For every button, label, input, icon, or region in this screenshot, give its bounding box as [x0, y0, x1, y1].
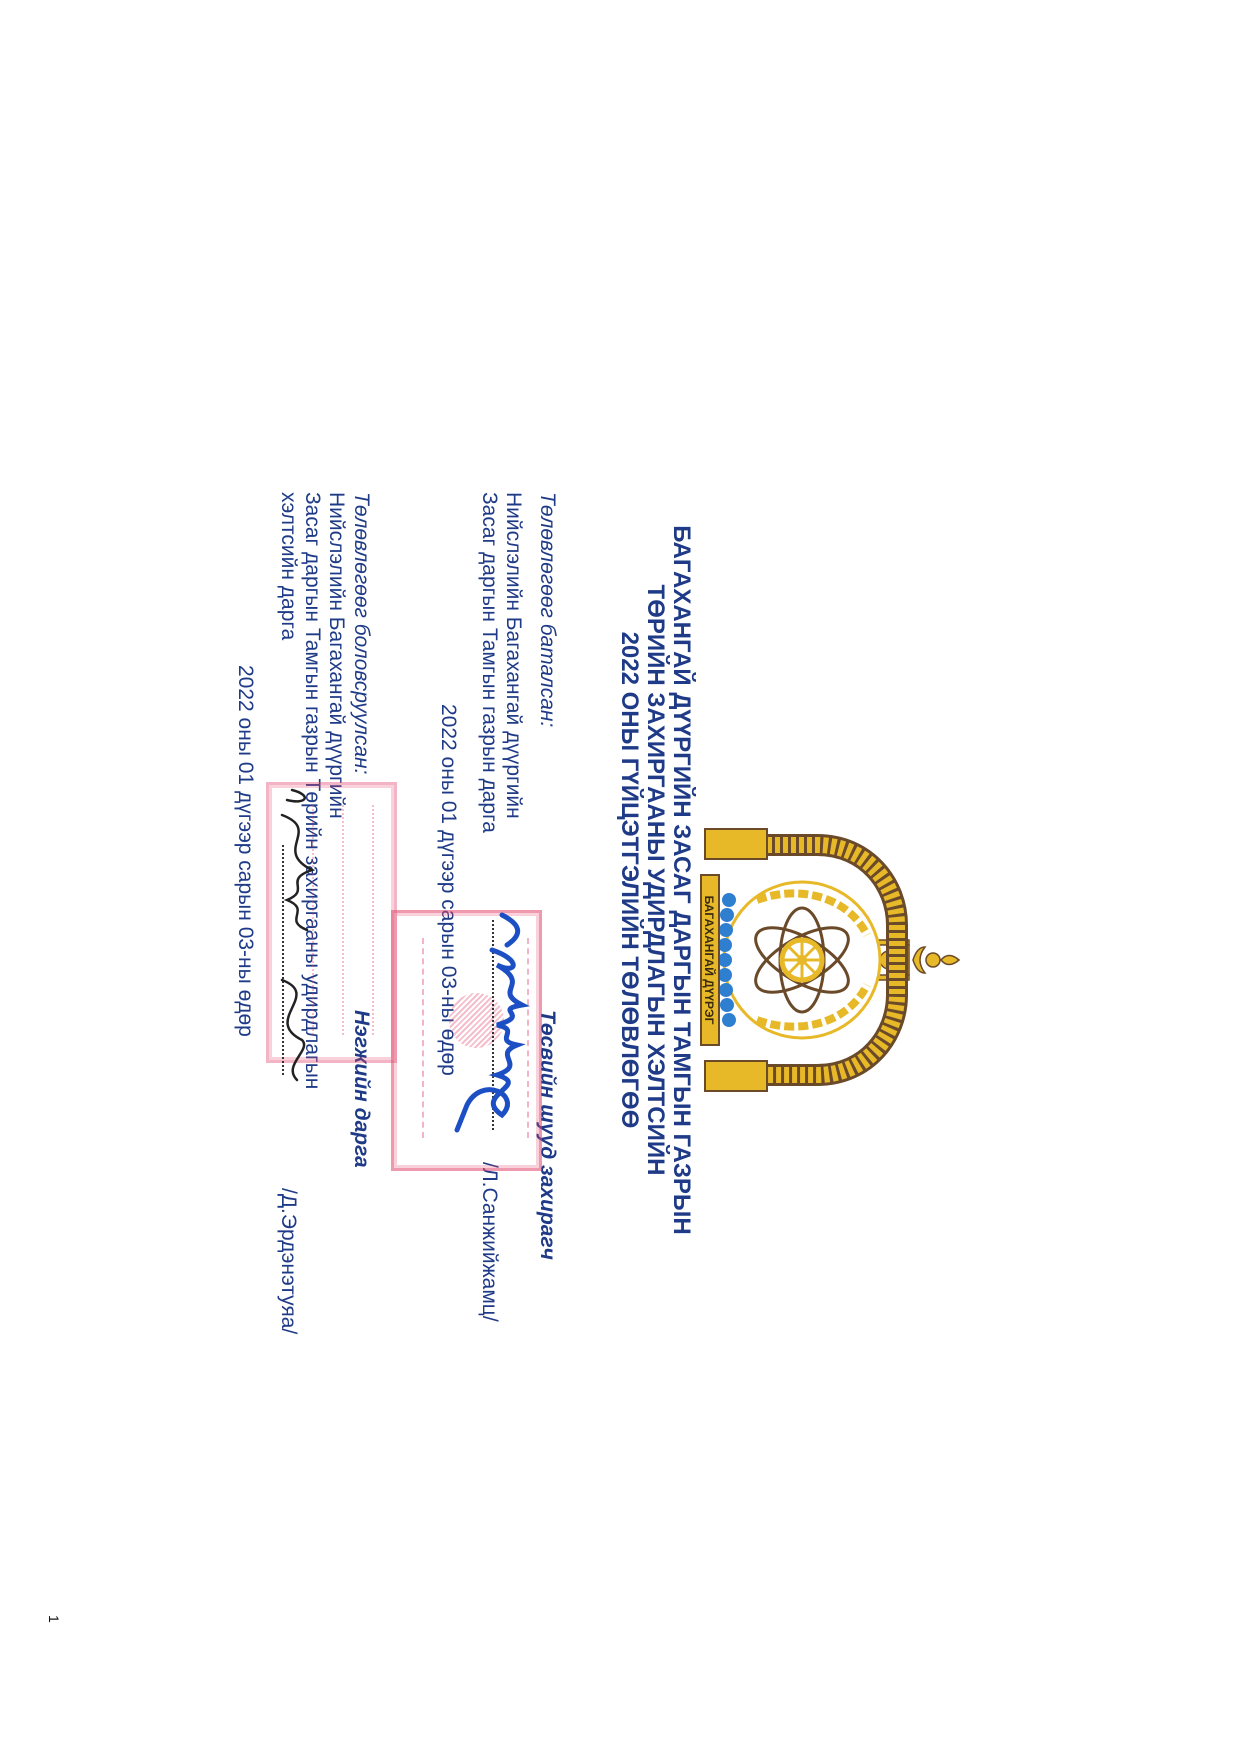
- approval-position-line2: Засаг даргын Тамгын газрын дарга: [477, 492, 501, 833]
- preparation-signature-icon: [252, 780, 342, 1100]
- preparation-signer-name: /Д.Эрдэнэтуяа/: [276, 1188, 300, 1334]
- preparation-label: Төлөвлөгөөг боловсруулсан:: [349, 492, 373, 774]
- approval-label: Төлөвлөгөөг баталсан:: [535, 492, 559, 727]
- preparation-position-line3: хэлтсийн дарга: [276, 492, 300, 640]
- emblem-banner-text: БАГАХАНГАЙ ДҮҮРЭГ: [702, 896, 717, 1025]
- preparation-position-line1: Нийслэлийн Багахангай дүүргийн: [324, 492, 348, 819]
- document-title-line2: ТӨРИЙН ЗАХИРГААНЫ УДИРДЛАГЫН ХЭЛТСИЙН: [642, 440, 668, 1320]
- approval-position-line1: Нийслэлийн Багахангай дүүргийн: [501, 492, 525, 819]
- document-title-line3: 2022 ОНЫ ГҮЙЦЭТГЭЛИЙН ТӨЛӨВЛӨГӨӨ: [616, 440, 642, 1320]
- approval-signature-icon: [452, 905, 562, 1135]
- document-page: БАГАХАНГАЙ ДҮҮРЭГ БАГАХАНГАЙ ДҮҮРГИЙН ЗА…: [0, 0, 1242, 1755]
- document-title-line1: БАГАХАНГАЙ ДҮҮРГИЙН ЗАСАГ ДАРГЫН ТАМГЫН …: [668, 440, 694, 1320]
- page-number: 1: [46, 1615, 62, 1623]
- district-emblem-icon: БАГАХАНГАЙ ДҮҮРЭГ: [697, 815, 967, 1105]
- approval-signer-name: /Л.Санжийжамц/: [477, 1162, 501, 1322]
